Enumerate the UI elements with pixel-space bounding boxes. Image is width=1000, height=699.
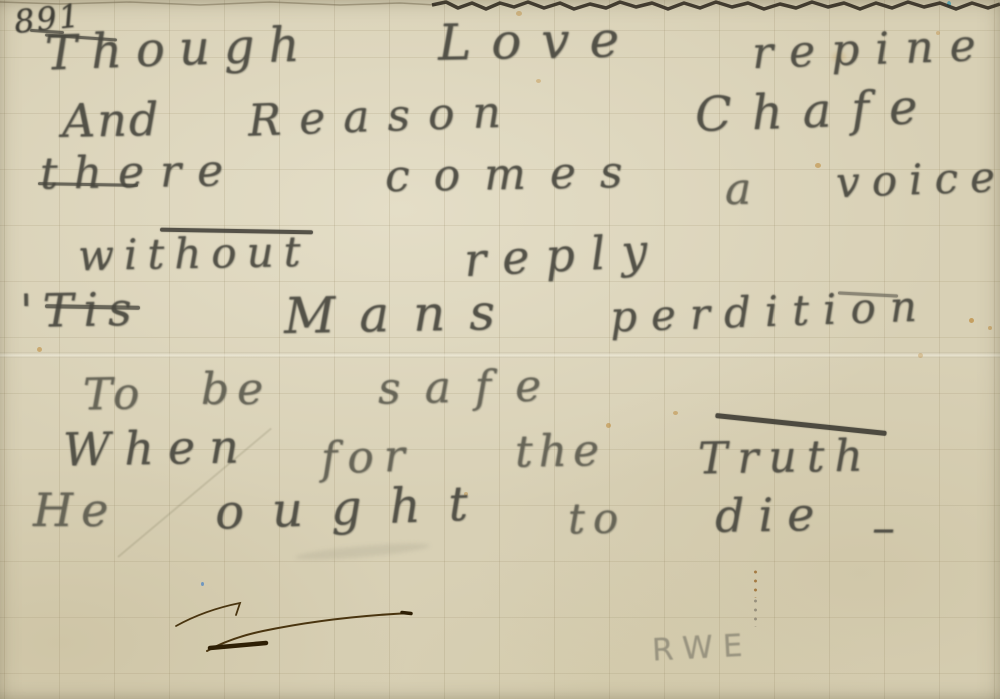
foxing-spot — [988, 326, 992, 330]
word-chafe: Chafe — [694, 79, 938, 143]
word-without: without — [78, 227, 311, 280]
word-be: be — [201, 364, 271, 415]
word-reply: reply — [463, 223, 665, 287]
word-tis: 'Tis — [20, 282, 143, 338]
word-the: the — [515, 425, 606, 478]
word-voice: voice — [835, 152, 1000, 207]
dotted-stain — [753, 570, 758, 598]
word-truth: Truth — [698, 430, 874, 484]
foxing-spot — [969, 318, 974, 323]
word-dash: – — [872, 500, 895, 554]
word-when: When — [63, 419, 254, 476]
word-there: there — [40, 145, 240, 199]
word-for: for — [320, 430, 416, 484]
word-perdition: perdition — [609, 281, 931, 341]
word-though: Though — [44, 16, 314, 81]
signature-initials: RWE — [651, 627, 753, 668]
word-mans: Mans — [284, 283, 520, 345]
word-comes: comes — [385, 147, 647, 203]
word-to: to — [568, 493, 627, 543]
foxing-spot — [918, 353, 923, 358]
horizontal-fold-crease — [0, 352, 1000, 358]
word-safe: safe — [378, 360, 566, 414]
word-repine: repine — [751, 20, 992, 79]
word-reason: Reason — [247, 86, 519, 146]
manuscript-page: 891 Though Love repine And Reason Chafe … — [0, 0, 1000, 699]
word-to-be-safe-1: To — [83, 368, 144, 420]
word-and: And — [62, 92, 161, 148]
foxing-spot — [606, 423, 611, 428]
foxing-spot — [673, 411, 678, 415]
foxing-spot — [815, 163, 821, 168]
foxing-spot — [536, 79, 541, 83]
word-he: He — [33, 483, 116, 537]
dotted-stain — [753, 599, 758, 627]
word-love: Love — [438, 10, 640, 72]
foxing-spot — [37, 347, 42, 352]
word-a: a — [725, 164, 751, 215]
word-die: die — [715, 487, 829, 543]
word-ought: ought — [214, 475, 497, 541]
ink-flourish — [150, 560, 450, 670]
